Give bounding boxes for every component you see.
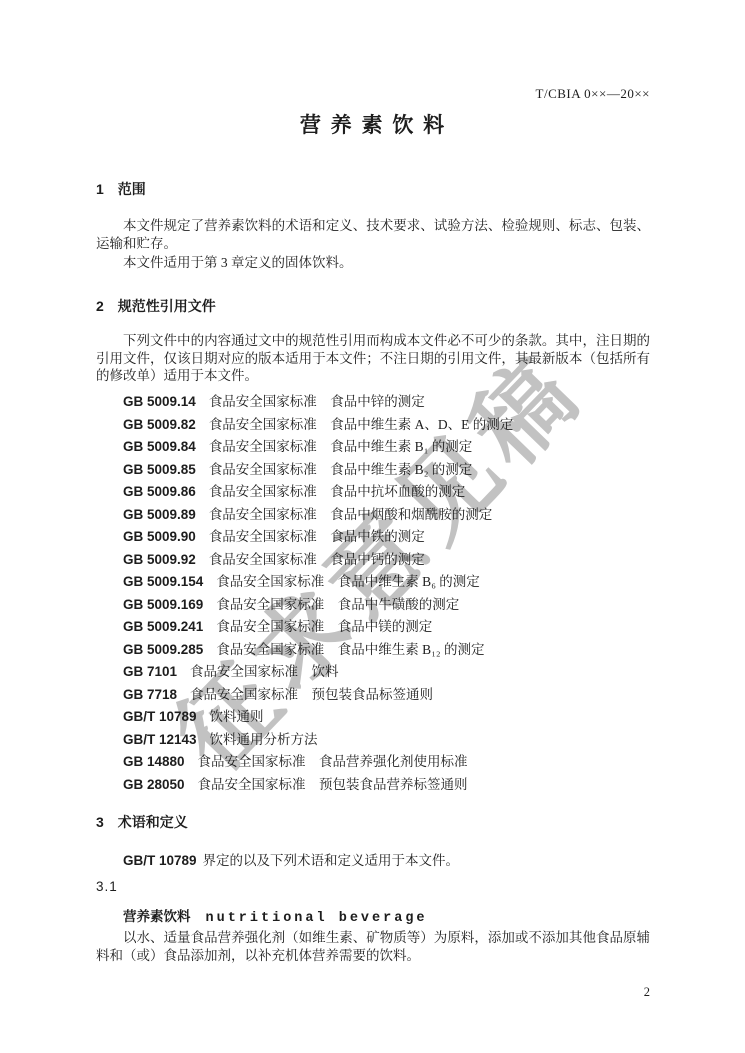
reference-row: GB 5009.82食品安全国家标准 食品中维生素 A、D、E 的测定 (96, 414, 650, 437)
references-intro-paragraph: 下列文件中的内容通过文中的规范性引用而构成本文件必不可少的条款。其中，注日期的引… (96, 332, 650, 385)
reference-title: 食品安全国家标准 饮料 (190, 664, 339, 679)
reference-title: 食品安全国家标准 食品中镁的测定 (216, 619, 432, 634)
terms-intro-code: GB/T 10789 (123, 853, 197, 868)
section-1-body: 本文件规定了营养素饮料的术语和定义、技术要求、试验方法、检验规则、标志、包装、运… (96, 217, 650, 271)
reference-row: GB 5009.92食品安全国家标准 食品中钙的测定 (96, 549, 650, 572)
doc-code: T/CBIA 0××—20×× (96, 86, 650, 102)
scope-paragraph-2: 本文件适用于第 3 章定义的固体饮料。 (96, 254, 650, 272)
reference-title: 食品安全国家标准 食品中维生素 B₆ 的测定 (216, 574, 479, 589)
reference-code: GB 5009.86 (123, 484, 196, 499)
section-2-title: 规范性引用文件 (118, 298, 216, 314)
section-1-title: 范围 (118, 181, 146, 197)
term-definition: 以水、适量食品营养强化剂（如维生素、矿物质等）为原料，添加或不添加其他食品原辅料… (96, 929, 650, 965)
terms-intro: GB/T 10789界定的以及下列术语和定义适用于本文件。 (96, 849, 677, 869)
reference-row: GB 5009.241食品安全国家标准 食品中镁的测定 (96, 616, 650, 639)
term-definition-paragraph: 以水、适量食品营养强化剂（如维生素、矿物质等）为原料，添加或不添加其他食品原辅料… (96, 929, 650, 965)
reference-title: 食品安全国家标准 食品中锌的测定 (209, 394, 425, 409)
reference-row: GB 5009.84食品安全国家标准 食品中维生素 B₁ 的测定 (96, 436, 650, 459)
section-2-heading: 2规范性引用文件 (96, 296, 650, 316)
reference-code: GB 5009.285 (123, 642, 203, 657)
reference-title: 食品安全国家标准 食品中维生素 B₁ 的测定 (209, 439, 472, 454)
reference-row: GB 28050食品安全国家标准 预包装食品营养标签通则 (96, 774, 650, 797)
clause-number: 3.1 (96, 879, 650, 894)
reference-row: GB/T 12143饮料通用分析方法 (96, 729, 650, 752)
reference-title: 食品安全国家标准 食品中维生素 A、D、E 的测定 (209, 417, 514, 432)
reference-code: GB 5009.169 (123, 597, 203, 612)
terms-intro-text: 界定的以及下列术语和定义适用于本文件。 (203, 853, 460, 868)
reference-code: GB 5009.85 (123, 462, 196, 477)
section-1-heading: 1范围 (96, 179, 650, 199)
reference-title: 食品安全国家标准 食品中维生素 B₂ 的测定 (209, 462, 472, 477)
reference-code: GB 5009.84 (123, 439, 196, 454)
reference-code: GB 5009.89 (123, 507, 196, 522)
reference-code: GB 28050 (123, 777, 185, 792)
reference-code: GB 7718 (123, 687, 177, 702)
reference-row: GB 5009.169食品安全国家标准 食品中牛磺酸的测定 (96, 594, 650, 617)
reference-title: 饮料通用分析方法 (210, 732, 318, 747)
reference-title: 食品安全国家标准 预包装食品营养标签通则 (198, 777, 468, 792)
reference-row: GB 5009.85食品安全国家标准 食品中维生素 B₂ 的测定 (96, 459, 650, 482)
reference-code: GB 5009.90 (123, 529, 196, 544)
reference-list: GB 5009.14食品安全国家标准 食品中锌的测定 GB 5009.82食品安… (96, 391, 650, 796)
page-title: 营 养 素 饮 料 (96, 109, 650, 139)
reference-title: 食品安全国家标准 食品中维生素 B₁₂ 的测定 (216, 642, 484, 657)
references-intro: 下列文件中的内容通过文中的规范性引用而构成本文件必不可少的条款。其中，注日期的引… (96, 332, 650, 385)
reference-code: GB 5009.14 (123, 394, 196, 409)
reference-code: GB/T 10789 (123, 709, 197, 724)
reference-row: GB 5009.154食品安全国家标准 食品中维生素 B₆ 的测定 (96, 571, 650, 594)
page-number: 2 (96, 985, 650, 1000)
section-1-number: 1 (96, 181, 104, 197)
reference-code: GB 5009.82 (123, 417, 196, 432)
term-chinese: 营养素饮料 (123, 909, 191, 924)
reference-row: GB 5009.90食品安全国家标准 食品中铁的测定 (96, 526, 650, 549)
reference-row: GB 5009.285食品安全国家标准 食品中维生素 B₁₂ 的测定 (96, 639, 650, 662)
reference-row: GB 7718食品安全国家标准 预包装食品标签通则 (96, 684, 650, 707)
reference-code: GB 14880 (123, 754, 185, 769)
reference-code: GB 5009.241 (123, 619, 203, 634)
reference-title: 食品安全国家标准 食品中牛磺酸的测定 (216, 597, 459, 612)
reference-row: GB 5009.89食品安全国家标准 食品中烟酸和烟酰胺的测定 (96, 504, 650, 527)
reference-title: 食品安全国家标准 食品中钙的测定 (209, 552, 425, 567)
section-3-heading: 3术语和定义 (96, 812, 650, 832)
reference-title: 食品安全国家标准 预包装食品标签通则 (190, 687, 433, 702)
reference-code: GB 5009.154 (123, 574, 203, 589)
section-2-number: 2 (96, 298, 104, 314)
reference-code: GB/T 12143 (123, 732, 197, 747)
reference-code: GB 5009.92 (123, 552, 196, 567)
reference-row: GB 7101食品安全国家标准 饮料 (96, 661, 650, 684)
reference-code: GB 7101 (123, 664, 177, 679)
reference-title: 食品安全国家标准 食品营养强化剂使用标准 (198, 754, 468, 769)
term-english: nutritional beverage (206, 911, 428, 926)
document-page: 征求意见稿 T/CBIA 0××—20×× 营 养 素 饮 料 1范围 本文件规… (0, 0, 745, 1053)
term-line: 营养素饮料nutritional beverage (96, 905, 677, 926)
reference-title: 食品安全国家标准 食品中抗坏血酸的测定 (209, 484, 466, 499)
reference-title: 食品安全国家标准 食品中烟酸和烟酰胺的测定 (209, 507, 493, 522)
section-3-number: 3 (96, 814, 104, 830)
reference-row: GB/T 10789饮料通则 (96, 706, 650, 729)
reference-title: 食品安全国家标准 食品中铁的测定 (209, 529, 425, 544)
reference-row: GB 5009.14食品安全国家标准 食品中锌的测定 (96, 391, 650, 414)
reference-title: 饮料通则 (210, 709, 264, 724)
section-3-title: 术语和定义 (118, 814, 188, 830)
reference-row: GB 14880食品安全国家标准 食品营养强化剂使用标准 (96, 751, 650, 774)
reference-row: GB 5009.86食品安全国家标准 食品中抗坏血酸的测定 (96, 481, 650, 504)
scope-paragraph-1: 本文件规定了营养素饮料的术语和定义、技术要求、试验方法、检验规则、标志、包装、运… (96, 217, 650, 253)
